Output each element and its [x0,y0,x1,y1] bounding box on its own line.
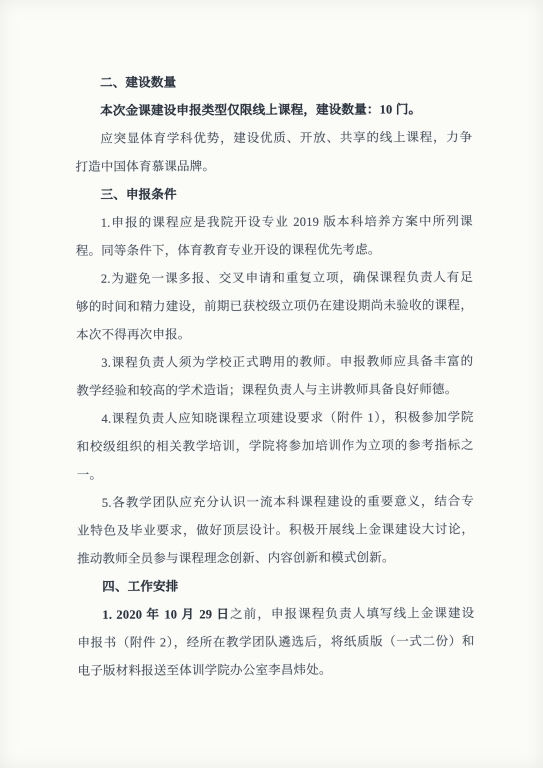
paragraph-condition-5: 5.各教学团队应充分认识一流本科课程建设的重要意义，结合专业特色及毕业要求，做好… [77,487,474,573]
text-line: 程。同等条件下，体育教育专业开设的课程优先考虑。 [76,235,473,265]
text-line: 二、建设数量 [75,67,472,97]
paragraph-condition-3: 3.课程负责人须为学校正式聘用的教师。申报教师应具备丰富的教学经验和较高的学术造… [76,347,473,405]
section-heading-2: 二、建设数量 [75,67,472,97]
text-line: 和校级组织的相关教学培训，学院将参加培训作为立项的参考指标之 [77,431,474,461]
text-segment: 之前，申报课程负责人填写线上金课建设 [230,606,474,621]
text-line: 够的时间和精力建设，前期已获校级立项仍在建设期尚未验收的课程， [76,291,473,321]
document-body: 二、建设数量本次金课建设申报类型仅限线上课程，建设数量：10 门。应突显体育学科… [75,67,475,685]
text-line: 5.各教学团队应充分认识一流本科课程建设的重要意义，结合专 [77,487,474,517]
section-heading-3: 三、申报条件 [75,179,472,209]
text-line: 申报书（附件 2），经所在教学团队遴选后，将纸质版（一式二份）和 [77,627,474,657]
text-line: 教学经验和较高的学术造诣；课程负责人与主讲教师具备良好师德。 [76,375,473,405]
text-line: 2.为避免一课多报、交叉申请和重复立项，确保课程负责人有足 [76,263,473,293]
text-line: 4.课程负责人应知晓课程立项建设要求（附件 1），积极参加学院 [76,403,473,433]
paragraph-condition-4: 4.课程负责人应知晓课程立项建设要求（附件 1），积极参加学院和校级组织的相关教… [76,403,473,489]
text-line: 应突显体育学科优势，建设优质、开放、共享的线上课程，力争 [75,123,472,153]
text-line: 推动教师全员参与课程理念创新、内容创新和模式创新。 [77,543,474,573]
paragraph-quality: 应突显体育学科优势，建设优质、开放、共享的线上课程，力争打造中国体育慕课品牌。 [75,123,472,181]
paragraph-schedule-1: 1. 2020 年 10 月 29 日之前，申报课程负责人填写线上金课建设申报书… [77,599,474,685]
text-line: 打造中国体育慕课品牌。 [75,151,472,181]
text-line: 电子版材料报送至体训学院办公室李昌炜处。 [78,655,475,685]
text-line: 3.课程负责人须为学校正式聘用的教师。申报教师应具备丰富的 [76,347,473,377]
text-line: 业特色及毕业要求，做好顶层设计。积极开展线上金课建设大讨论， [77,515,474,545]
paragraph-condition-2: 2.为避免一课多报、交叉申请和重复立项，确保课程负责人有足够的时间和精力建设，前… [76,263,473,349]
scanned-document-page: 二、建设数量本次金课建设申报类型仅限线上课程，建设数量：10 门。应突显体育学科… [0,0,543,768]
section-heading-4: 四、工作安排 [77,571,474,601]
text-line: 本次金课建设申报类型仅限线上课程，建设数量：10 门。 [75,95,472,125]
paragraph-condition-1: 1.申报的课程应是我院开设专业 2019 版本科培养方案中所列课程。同等条件下，… [76,207,473,265]
text-line: 本次不得再次申报。 [76,319,473,349]
text-line: 1. 2020 年 10 月 29 日之前，申报课程负责人填写线上金课建设 [77,599,474,629]
text-line: 1.申报的课程应是我院开设专业 2019 版本科培养方案中所列课 [76,207,473,237]
bold-text-segment: 1. 2020 年 10 月 29 日 [102,607,230,622]
paragraph-quantity: 本次金课建设申报类型仅限线上课程，建设数量：10 门。 [75,95,472,125]
text-line: 四、工作安排 [77,571,474,601]
text-line: 一。 [77,459,474,489]
text-line: 三、申报条件 [75,179,472,209]
